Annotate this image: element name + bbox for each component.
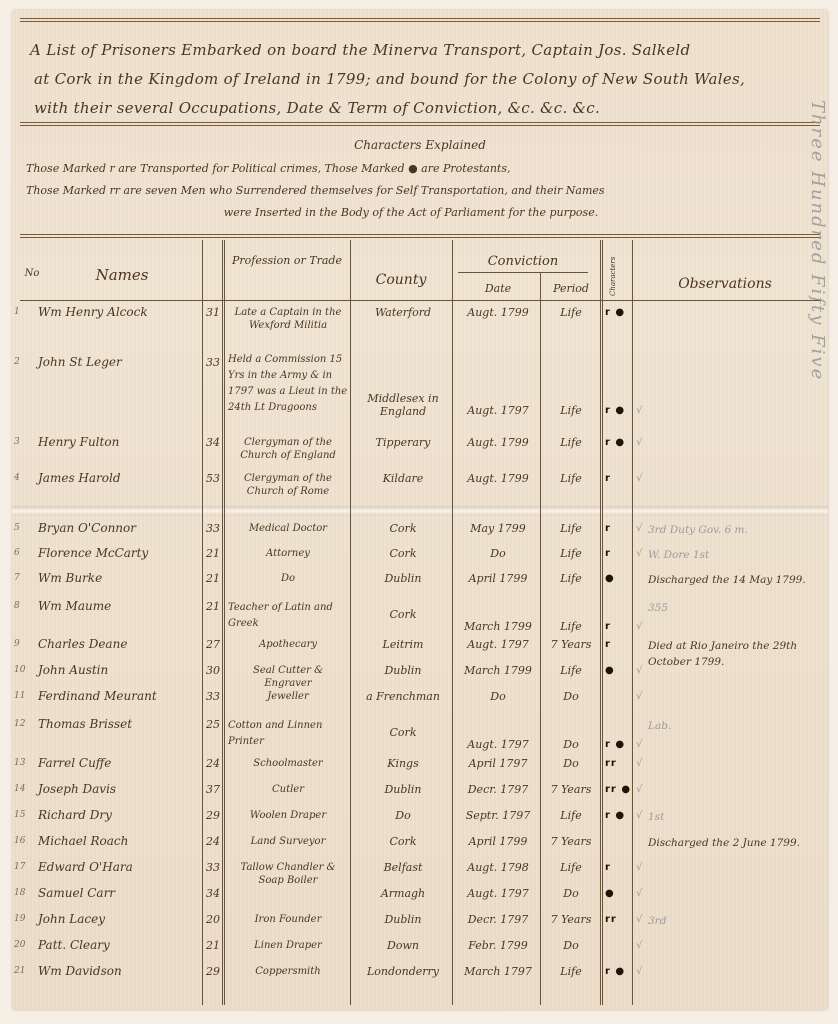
cell-name: Bryan O'Connor [38, 522, 200, 535]
cell-number: 10 [14, 664, 34, 677]
cell-date: Septr. 1797 [456, 809, 540, 822]
title-line-3: with their several Occupations, Date & T… [30, 94, 800, 123]
cell-county: Tipperary [356, 436, 450, 449]
header-conviction: Conviction [458, 254, 588, 269]
cell-characters: ● [605, 887, 633, 900]
cell-check-mark: √ [636, 965, 646, 978]
cell-county: Cork [356, 522, 450, 535]
cell-trade: Apothecary [228, 638, 348, 651]
cell-age: 31 [206, 306, 222, 319]
cell-number: 21 [14, 965, 34, 978]
table-row: 19John Lacey20Iron FounderDublinDecr. 17… [12, 913, 828, 933]
manuscript-page: A List of Prisoners Embarked on board th… [12, 10, 828, 1010]
cell-county: Dublin [356, 783, 450, 796]
table-row: 9Charles Deane27ApothecaryLeitrimAugt. 1… [12, 638, 828, 658]
table-row: 16Michael Roach24Land SurveyorCorkApril … [12, 835, 828, 855]
cell-county: Cork [356, 547, 450, 560]
cell-check-mark: √ [636, 472, 646, 485]
cell-period: Do [542, 738, 600, 751]
header-observations: Observations [640, 276, 810, 292]
table-row: 3Henry Fulton34Clergyman of the Church o… [12, 436, 828, 464]
cell-period: Do [542, 690, 600, 703]
top-double-rule [20, 18, 820, 22]
cell-age: 27 [206, 638, 222, 651]
cell-characters: r [605, 522, 633, 535]
cell-period: 7 Years [542, 638, 600, 651]
table-row: 1Wm Henry Alcock31Late a Captain in the … [12, 306, 828, 334]
cell-check-mark: √ [636, 861, 646, 874]
cell-date: April 1799 [456, 572, 540, 585]
cell-county: Belfast [356, 861, 450, 874]
cell-name: Joseph Davis [38, 783, 200, 796]
cell-date: Augt. 1799 [456, 436, 540, 449]
cell-date: May 1799 [456, 522, 540, 535]
cell-trade: Iron Founder [228, 913, 348, 926]
cell-date: March 1799 [456, 664, 540, 677]
cell-trade: Medical Doctor [228, 522, 348, 535]
cell-number: 11 [14, 690, 34, 703]
cell-trade: Coppersmith [228, 965, 348, 978]
cell-characters: r [605, 861, 633, 874]
cell-check-mark: √ [636, 620, 646, 633]
cell-date: Do [456, 547, 540, 560]
table-row: 10John Austin30Seal Cutter & EngraverDub… [12, 664, 828, 684]
cell-name: John Lacey [38, 913, 200, 926]
cell-county: Middlesex in England [356, 392, 450, 418]
cell-characters: r ● [605, 306, 633, 319]
cell-check-mark: √ [636, 690, 646, 703]
cell-number: 9 [14, 638, 34, 651]
table-row: 7Wm Burke21DoDublinApril 1799Life●Discha… [12, 572, 828, 592]
cell-date: April 1797 [456, 757, 540, 770]
cell-observations: W. Dore 1st [648, 547, 820, 563]
cell-date: Augt. 1799 [456, 472, 540, 485]
cell-age: 53 [206, 472, 222, 485]
cell-date: Augt. 1799 [456, 306, 540, 319]
cell-name: Michael Roach [38, 835, 200, 848]
cell-trade: Attorney [228, 547, 348, 560]
cell-check-mark: √ [636, 939, 646, 952]
cell-number: 13 [14, 757, 34, 770]
cell-period: 7 Years [542, 835, 600, 848]
cell-county: Kildare [356, 472, 450, 485]
cell-county: Waterford [356, 306, 450, 319]
table-row: 11Ferdinand Meurant33Jewellera Frenchman… [12, 690, 828, 710]
cell-period: Do [542, 887, 600, 900]
cell-characters: r ● [605, 738, 633, 751]
cell-name: Thomas Brisset [38, 718, 200, 731]
cell-name: Wm Davidson [38, 965, 200, 978]
cell-characters: r ● [605, 404, 633, 417]
cell-name: Wm Henry Alcock [38, 306, 200, 319]
cell-observations: 3rd Duty Gov. 6 m. [648, 522, 820, 538]
cell-age: 37 [206, 783, 222, 796]
cell-age: 21 [206, 547, 222, 560]
cell-number: 17 [14, 861, 34, 874]
cell-age: 24 [206, 757, 222, 770]
cell-county: Dublin [356, 664, 450, 677]
cell-number: 14 [14, 783, 34, 796]
cell-age: 33 [206, 690, 222, 703]
cell-check-mark: √ [636, 809, 646, 822]
table-row: 6Florence McCarty21AttorneyCorkDoLifer√W… [12, 547, 828, 567]
cell-trade: Cotton and Linnen Printer [228, 718, 348, 750]
cell-observations: 355 [648, 600, 820, 616]
cell-name: Richard Dry [38, 809, 200, 822]
cell-name: Samuel Carr [38, 887, 200, 900]
cell-date: Decr. 1797 [456, 913, 540, 926]
cell-characters: r [605, 620, 633, 633]
cell-county: Cork [356, 835, 450, 848]
table-row: 2John St Leger33Held a Commission 15 Yrs… [12, 352, 828, 420]
cell-characters: rr [605, 913, 633, 926]
cell-county: Leitrim [356, 638, 450, 651]
cell-number: 15 [14, 809, 34, 822]
cell-county: Armagh [356, 887, 450, 900]
header-profession: Profession or Trade [228, 254, 346, 268]
cell-period: Life [542, 547, 600, 560]
cell-trade: Jeweller [228, 690, 348, 703]
cell-characters: r [605, 547, 633, 560]
cell-number: 20 [14, 939, 34, 952]
cell-county: Cork [356, 608, 450, 621]
cell-observations: Discharged the 2 June 1799. [648, 835, 820, 851]
cell-characters: rr ● [605, 783, 633, 796]
table-row: 13Farrel Cuffe24SchoolmasterKingsApril 1… [12, 757, 828, 777]
cell-trade: Cutler [228, 783, 348, 796]
header-names: Names [52, 266, 192, 284]
header-county: County [354, 272, 448, 288]
cell-name: John Austin [38, 664, 200, 677]
cell-name: Ferdinand Meurant [38, 690, 200, 703]
cell-name: Charles Deane [38, 638, 200, 651]
cell-number: 5 [14, 522, 34, 535]
table-row: 4James Harold53Clergyman of the Church o… [12, 472, 828, 502]
cell-trade: Linen Draper [228, 939, 348, 952]
cell-trade: Held a Commission 15 Yrs in the Army & i… [228, 352, 348, 416]
cell-trade: Do [228, 572, 348, 585]
cell-number: 18 [14, 887, 34, 900]
cell-name: Edward O'Hara [38, 861, 200, 874]
cell-number: 2 [14, 356, 34, 369]
cell-characters: r [605, 472, 633, 485]
cell-date: Augt. 1797 [456, 738, 540, 751]
cell-period: Do [542, 757, 600, 770]
cell-period: Life [542, 809, 600, 822]
cell-trade: Seal Cutter & Engraver [228, 664, 348, 690]
cell-county: Down [356, 939, 450, 952]
cell-date: Augt. 1797 [456, 638, 540, 651]
cell-check-mark: √ [636, 913, 646, 926]
cell-date: April 1799 [456, 835, 540, 848]
header-date: Date [456, 282, 540, 296]
legend-line-2: Those Marked rr are seven Men who Surren… [26, 180, 796, 202]
paper-fold [12, 506, 828, 516]
cell-check-mark: √ [636, 522, 646, 535]
cell-period: 7 Years [542, 913, 600, 926]
cell-check-mark: √ [636, 887, 646, 900]
cell-date: Febr. 1799 [456, 939, 540, 952]
cell-name: Florence McCarty [38, 547, 200, 560]
cell-age: 21 [206, 939, 222, 952]
cell-date: Augt. 1797 [456, 404, 540, 417]
cell-age: 34 [206, 887, 222, 900]
cell-age: 21 [206, 572, 222, 585]
legend-heading: Characters Explained [12, 138, 828, 152]
header-bottom-rule [20, 300, 820, 301]
cell-age: 34 [206, 436, 222, 449]
header-no: No [22, 268, 42, 279]
cell-county: Londonderry [356, 965, 450, 978]
cell-county: Dublin [356, 913, 450, 926]
cell-number: 19 [14, 913, 34, 926]
cell-date: March 1797 [456, 965, 540, 978]
cell-date: Do [456, 690, 540, 703]
cell-age: 33 [206, 861, 222, 874]
conviction-underline [458, 272, 588, 273]
legend-line-1: Those Marked r are Transported for Polit… [26, 158, 796, 180]
table-row: 8Wm Maume21Teacher of Latin and GreekCor… [12, 600, 828, 636]
table-row: 12Thomas Brisset25Cotton and Linnen Prin… [12, 718, 828, 754]
cell-name: Patt. Cleary [38, 939, 200, 952]
cell-observations: Discharged the 14 May 1799. [648, 572, 820, 588]
cell-number: 8 [14, 600, 34, 613]
legend-line-3: were Inserted in the Body of the Act of … [26, 202, 796, 224]
cell-period: Life [542, 572, 600, 585]
cell-number: 12 [14, 718, 34, 731]
cell-name: Wm Burke [38, 572, 200, 585]
table-row: 5Bryan O'Connor33Medical DoctorCorkMay 1… [12, 522, 828, 542]
cell-county: Cork [356, 726, 450, 739]
cell-number: 4 [14, 472, 34, 485]
table-row: 20Patt. Cleary21Linen DraperDownFebr. 17… [12, 939, 828, 959]
cell-check-mark: √ [636, 664, 646, 677]
cell-trade: Clergyman of the Church of England [228, 436, 348, 462]
cell-name: Henry Fulton [38, 436, 200, 449]
title-line-2: at Cork in the Kingdom of Ireland in 179… [30, 65, 800, 94]
cell-period: Life [542, 472, 600, 485]
cell-age: 30 [206, 664, 222, 677]
cell-period: Life [542, 306, 600, 319]
cell-check-mark: √ [636, 436, 646, 449]
title-divider-rule [20, 122, 820, 126]
cell-age: 25 [206, 718, 222, 731]
cell-trade: Tallow Chandler & Soap Boiler [228, 861, 348, 887]
cell-trade: Late a Captain in the Wexford Militia [228, 306, 348, 332]
cell-check-mark: √ [636, 404, 646, 417]
cell-characters: r ● [605, 809, 633, 822]
legend-divider-rule [20, 234, 820, 238]
cell-name: James Harold [38, 472, 200, 485]
header-characters: Characters [609, 260, 618, 296]
table-row: 14Joseph Davis37CutlerDublinDecr. 17977 … [12, 783, 828, 803]
table-row: 17Edward O'Hara33Tallow Chandler & Soap … [12, 861, 828, 881]
cell-observations: 3rd [648, 913, 820, 929]
cell-period: Life [542, 965, 600, 978]
cell-trade: Woolen Draper [228, 809, 348, 822]
cell-check-mark: √ [636, 738, 646, 751]
cell-characters: r ● [605, 436, 633, 449]
cell-characters: rr [605, 757, 633, 770]
cell-number: 16 [14, 835, 34, 848]
cell-characters: ● [605, 664, 633, 677]
legend: Those Marked r are Transported for Polit… [26, 158, 796, 224]
cell-name: Wm Maume [38, 600, 200, 613]
cell-age: 24 [206, 835, 222, 848]
cell-period: Life [542, 861, 600, 874]
cell-period: Do [542, 939, 600, 952]
cell-number: 6 [14, 547, 34, 560]
cell-observations: 1st [648, 809, 820, 825]
cell-date: Augt. 1797 [456, 887, 540, 900]
cell-period: Life [542, 620, 600, 633]
cell-check-mark: √ [636, 547, 646, 560]
cell-county: Kings [356, 757, 450, 770]
cell-county: Do [356, 809, 450, 822]
cell-number: 7 [14, 572, 34, 585]
table-row: 15Richard Dry29Woolen DraperDoSeptr. 179… [12, 809, 828, 829]
cell-county: a Frenchman [356, 690, 450, 703]
cell-name: Farrel Cuffe [38, 757, 200, 770]
cell-trade: Clergyman of the Church of Rome [228, 472, 348, 498]
cell-trade: Land Surveyor [228, 835, 348, 848]
cell-check-mark: √ [636, 783, 646, 796]
cell-period: Life [542, 522, 600, 535]
cell-age: 20 [206, 913, 222, 926]
cell-period: Life [542, 664, 600, 677]
cell-characters: ● [605, 572, 633, 585]
cell-number: 3 [14, 436, 34, 449]
cell-trade: Schoolmaster [228, 757, 348, 770]
title-line-1: A List of Prisoners Embarked on board th… [30, 36, 800, 65]
cell-period: Life [542, 404, 600, 417]
cell-date: Augt. 1798 [456, 861, 540, 874]
cell-characters: r ● [605, 965, 633, 978]
table-row: 18Samuel Carr34ArmaghAugt. 1797Do●√ [12, 887, 828, 907]
cell-trade: Teacher of Latin and Greek [228, 600, 348, 632]
cell-age: 33 [206, 522, 222, 535]
cell-age: 29 [206, 965, 222, 978]
document-title: A List of Prisoners Embarked on board th… [30, 36, 800, 123]
cell-age: 29 [206, 809, 222, 822]
cell-observations: Lab. [648, 718, 820, 734]
cell-number: 1 [14, 306, 34, 319]
cell-characters: r [605, 638, 633, 651]
cell-check-mark: √ [636, 757, 646, 770]
cell-date: Decr. 1797 [456, 783, 540, 796]
header-period: Period [542, 282, 600, 296]
table-row: 21Wm Davidson29CoppersmithLondonderryMar… [12, 965, 828, 985]
cell-name: John St Leger [38, 356, 200, 369]
cell-age: 21 [206, 600, 222, 613]
cell-period: Life [542, 436, 600, 449]
cell-age: 33 [206, 356, 222, 369]
cell-county: Dublin [356, 572, 450, 585]
cell-period: 7 Years [542, 783, 600, 796]
cell-date: March 1799 [456, 620, 540, 633]
